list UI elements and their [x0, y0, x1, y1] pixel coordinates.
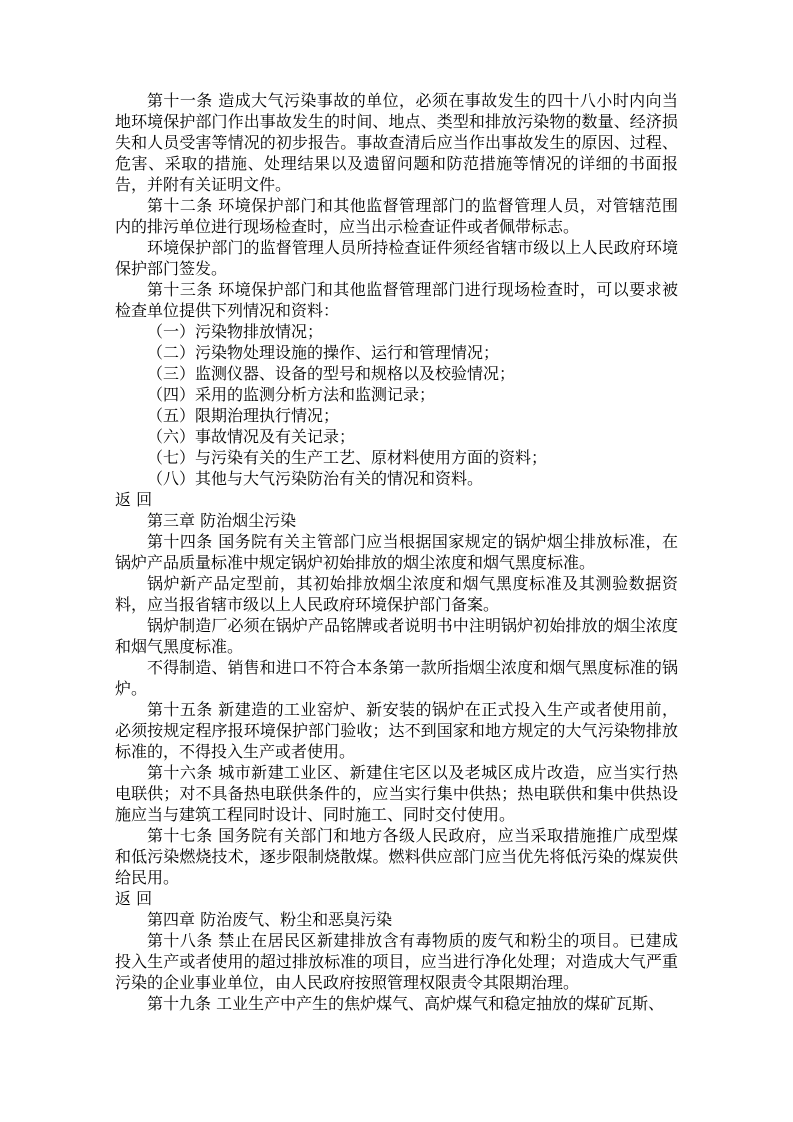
- law-list-item: （三）监测仪器、设备的型号和规格以及校验情况；: [115, 363, 678, 384]
- law-list-item: （七）与污染有关的生产工艺、原材料使用方面的资料；: [115, 447, 678, 468]
- law-paragraph: 第十四条 国务院有关主管部门应当根据国家规定的锅炉烟尘排放标准，在锅炉产品质量标…: [115, 531, 678, 573]
- law-paragraph: 第十六条 城市新建工业区、新建住宅区以及老城区成片改造，应当实行热电联供；对不具…: [115, 762, 678, 825]
- chapter-heading: 第四章 防治废气、粉尘和恶臭污染: [115, 909, 678, 930]
- law-list-item: （一）污染物排放情况；: [115, 321, 678, 342]
- law-paragraph: 第十九条 工业生产中产生的焦炉煤气、高炉煤气和稳定抽放的煤矿瓦斯、: [115, 993, 678, 1014]
- law-paragraph: 第十五条 新建造的工业窑炉、新安装的锅炉在正式投入生产或者使用前，必须按规定程序…: [115, 699, 678, 762]
- law-paragraph: 第十三条 环境保护部门和其他监督管理部门进行现场检查时，可以要求被检查单位提供下…: [115, 279, 678, 321]
- law-paragraph: 环境保护部门的监督管理人员所持检查证件须经省辖市级以上人民政府环境保护部门签发。: [115, 237, 678, 279]
- law-list-item: （五）限期治理执行情况；: [115, 405, 678, 426]
- back-link[interactable]: 返 回: [115, 489, 678, 510]
- document-body: 第十一条 造成大气污染事故的单位，必须在事故发生的四十八小时内向当地环境保护部门…: [115, 90, 678, 1014]
- back-link[interactable]: 返 回: [115, 888, 678, 909]
- law-paragraph: 第十七条 国务院有关部门和地方各级人民政府，应当采取措施推广成型煤和低污染燃烧技…: [115, 825, 678, 888]
- law-paragraph: 第十一条 造成大气污染事故的单位，必须在事故发生的四十八小时内向当地环境保护部门…: [115, 90, 678, 195]
- law-list-item: （八）其他与大气污染防治有关的情况和资料。: [115, 468, 678, 489]
- law-list-item: （二）污染物处理设施的操作、运行和管理情况；: [115, 342, 678, 363]
- law-paragraph: 锅炉新产品定型前，其初始排放烟尘浓度和烟气黑度标准及其测验数据资料，应当报省辖市…: [115, 573, 678, 615]
- chapter-heading: 第三章 防治烟尘污染: [115, 510, 678, 531]
- law-paragraph: 锅炉制造厂必须在锅炉产品铭牌或者说明书中注明锅炉初始排放的烟尘浓度和烟气黑度标准…: [115, 615, 678, 657]
- law-paragraph: 第十二条 环境保护部门和其他监督管理部门的监督管理人员，对管辖范围内的排污单位进…: [115, 195, 678, 237]
- document-page: 第十一条 造成大气污染事故的单位，必须在事故发生的四十八小时内向当地环境保护部门…: [0, 0, 793, 1122]
- law-list-item: （四）采用的监测分析方法和监测记录；: [115, 384, 678, 405]
- law-list-item: （六）事故情况及有关记录；: [115, 426, 678, 447]
- law-paragraph: 第十八条 禁止在居民区新建排放含有毒物质的废气和粉尘的项目。已建成投入生产或者使…: [115, 930, 678, 993]
- law-paragraph: 不得制造、销售和进口不符合本条第一款所指烟尘浓度和烟气黑度标准的锅炉。: [115, 657, 678, 699]
